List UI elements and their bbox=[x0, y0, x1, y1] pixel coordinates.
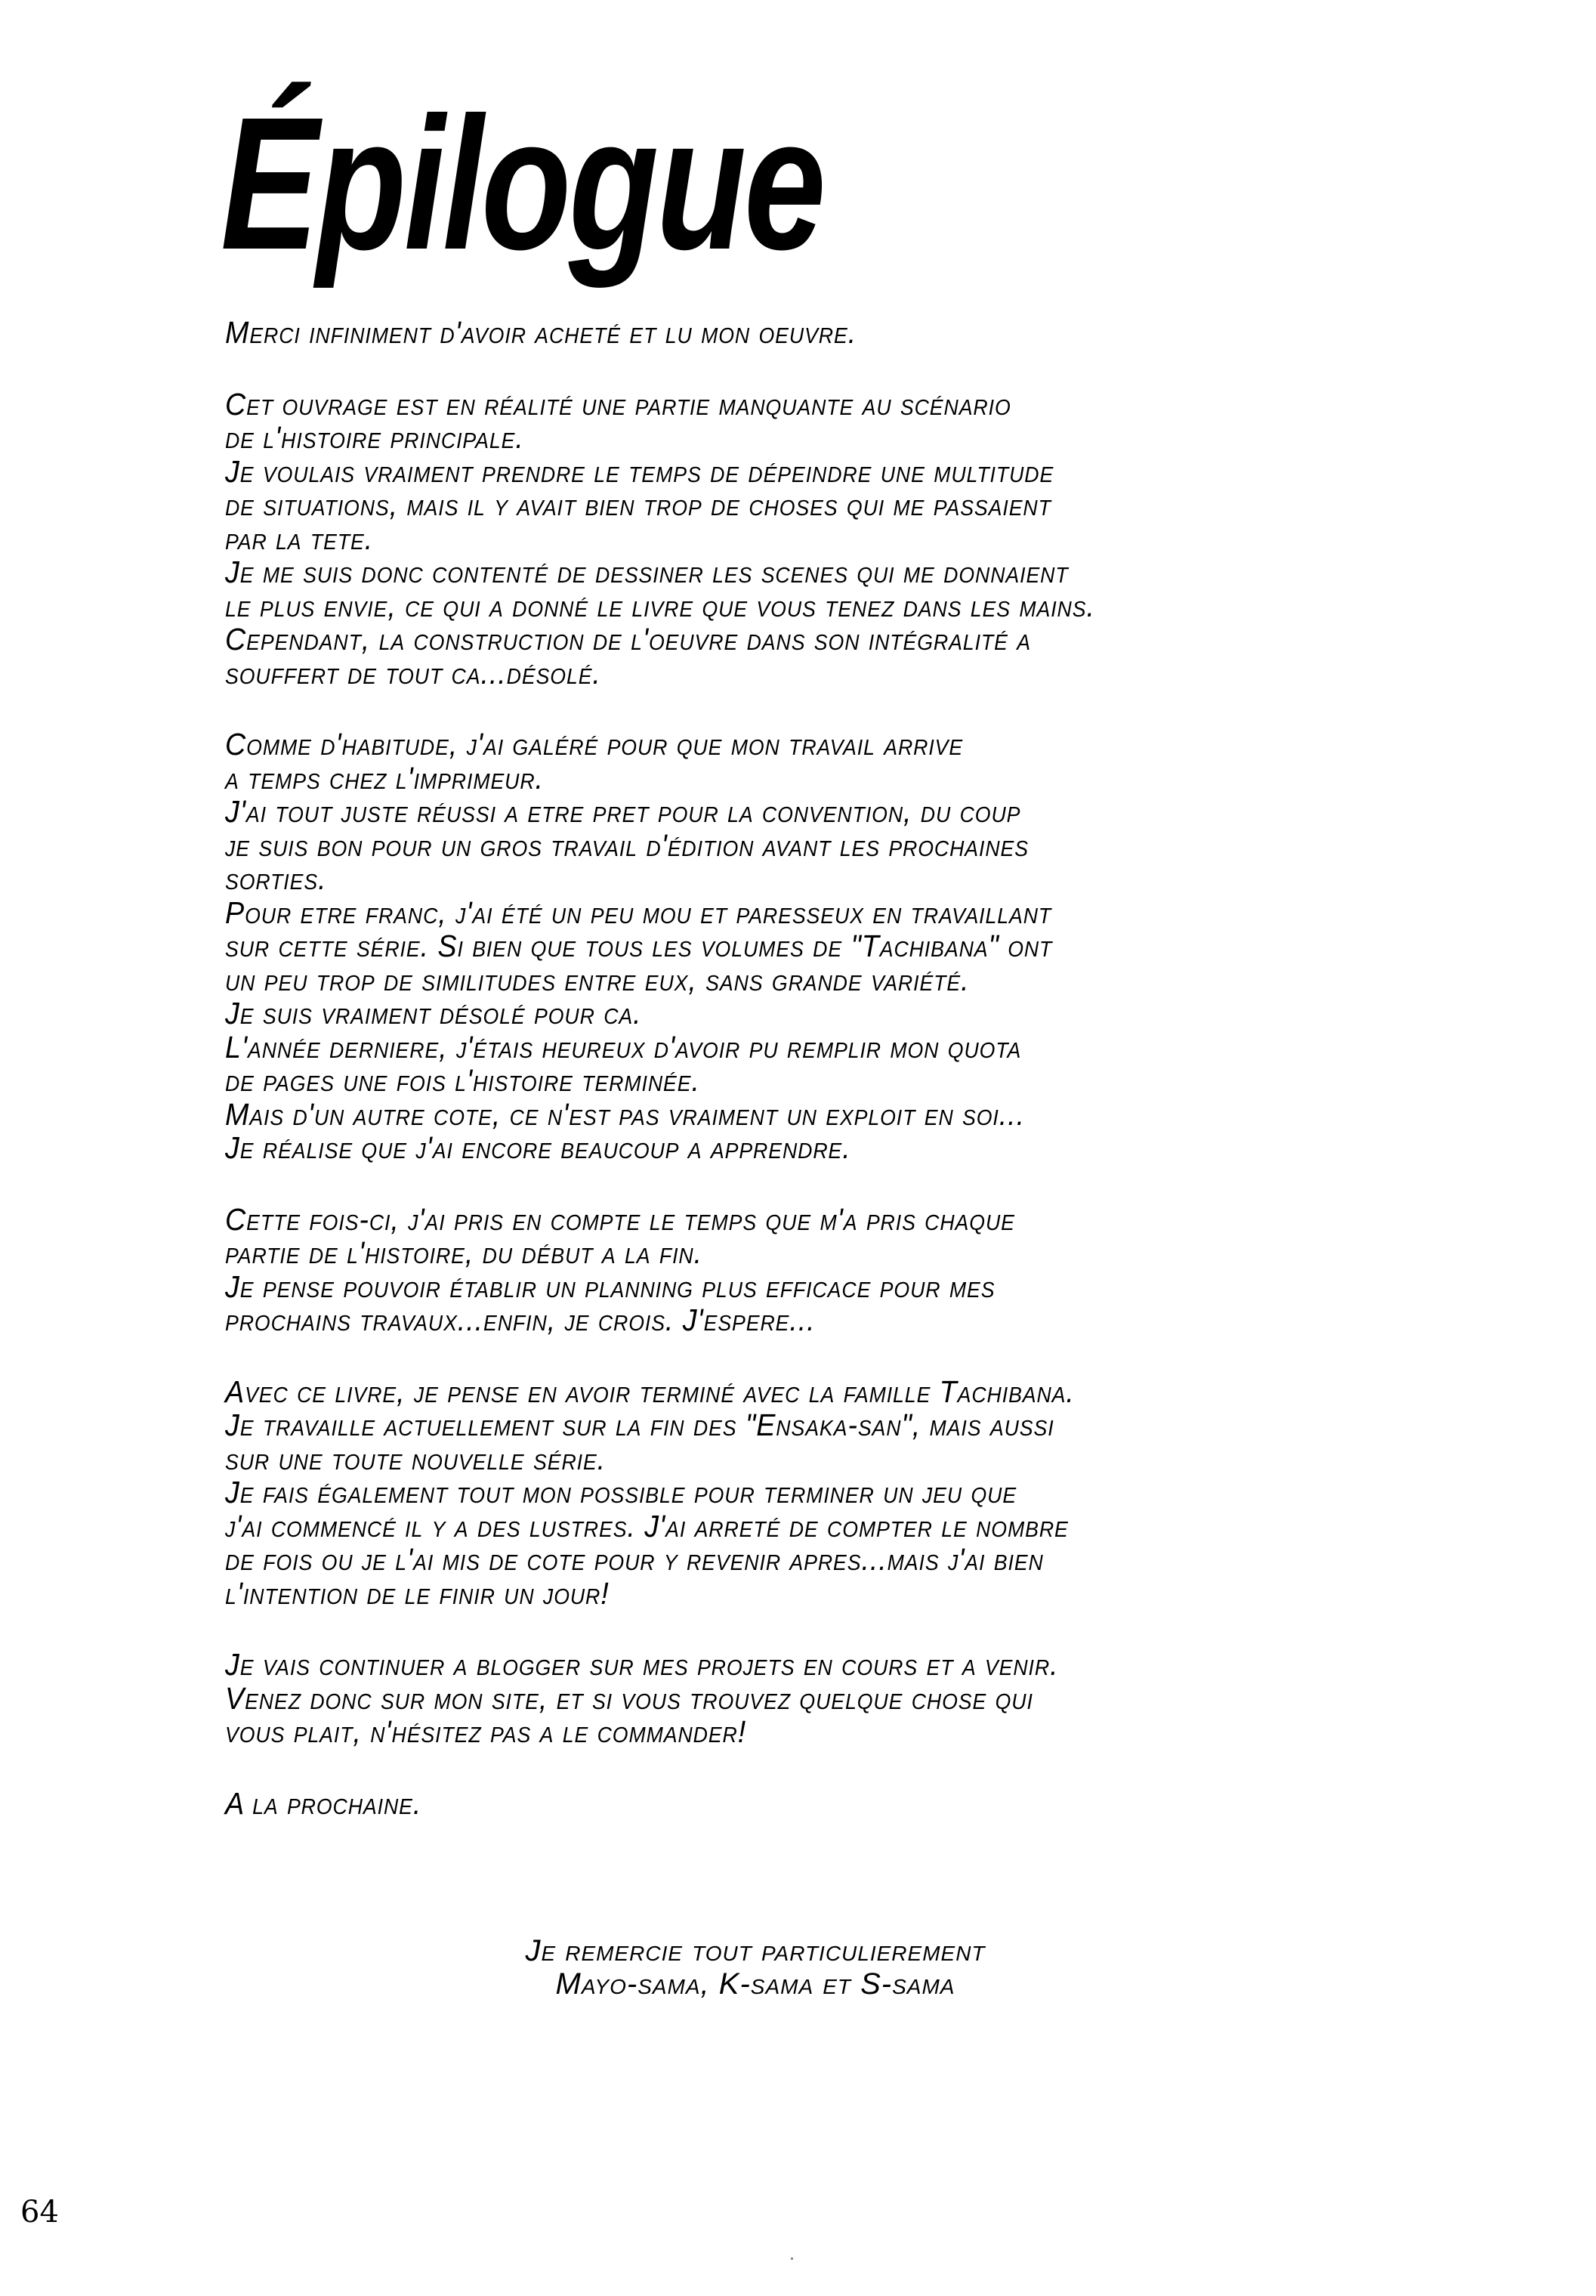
special-thanks: Je remercie tout particulierement Mayo-s… bbox=[0, 1934, 1511, 2001]
text-line: Je suis vraiment désolé pour ca. bbox=[225, 997, 1309, 1031]
text-line: Je fais également tout mon possible pour… bbox=[225, 1476, 1309, 1510]
text-line: Pour etre franc, j'ai été un peu mou et … bbox=[225, 896, 1309, 930]
paragraph-next-projects: Avec ce livre, je pense en avoir terminé… bbox=[225, 1375, 1403, 1611]
thanks-names: Mayo-sama, K-sama et S-sama bbox=[0, 1967, 1511, 2001]
text-line: L'année derniere, j'étais heureux d'avoi… bbox=[225, 1031, 1309, 1065]
text-line: Avec ce livre, je pense en avoir terminé… bbox=[225, 1375, 1309, 1409]
text-line: sur cette série. Si bien que tous les vo… bbox=[225, 929, 1309, 963]
epilogue-body: Merci infiniment d'avoir acheté et lu mo… bbox=[225, 316, 1403, 1858]
text-line: Cet ouvrage est en réalité une partie ma… bbox=[225, 388, 1309, 422]
text-line: un peu trop de similitudes entre eux, sa… bbox=[225, 963, 1309, 997]
text-line: Je réalise que j'ai encore beaucoup a ap… bbox=[225, 1131, 1309, 1165]
paragraph-thanks-reader: Merci infiniment d'avoir acheté et lu mo… bbox=[225, 316, 1403, 350]
text-line: de situations, mais il y avait bien trop… bbox=[225, 488, 1309, 522]
text-line: sorties. bbox=[225, 862, 1309, 896]
print-speck bbox=[791, 2257, 793, 2260]
text-line: A la prochaine. bbox=[225, 1787, 1309, 1821]
text-line: Je vais continuer a blogger sur mes proj… bbox=[225, 1648, 1309, 1682]
text-line: Cette fois-ci, j'ai pris en compte le te… bbox=[225, 1203, 1309, 1237]
text-line: Je pense pouvoir établir un planning plu… bbox=[225, 1270, 1309, 1304]
text-line: prochains travaux...enfin, je crois. J'e… bbox=[225, 1303, 1309, 1337]
text-line: je suis bon pour un gros travail d'éditi… bbox=[225, 829, 1309, 863]
text-line: J'ai tout juste réussi a etre pret pour … bbox=[225, 795, 1309, 829]
text-line: de pages une fois l'histoire terminée. bbox=[225, 1064, 1309, 1098]
text-line: Comme d'habitude, j'ai galéré pour que m… bbox=[225, 728, 1309, 762]
text-line: par la tete. bbox=[225, 522, 1309, 556]
text-line: Mais d'un autre cote, ce n'est pas vraim… bbox=[225, 1098, 1309, 1132]
text-line: Je me suis donc contenté de dessiner les… bbox=[225, 555, 1309, 589]
text-line: Je voulais vraiment prendre le temps de … bbox=[225, 455, 1309, 489]
text-line: Merci infiniment d'avoir acheté et lu mo… bbox=[225, 316, 1309, 350]
text-line: j'ai commencé il y a des lustres. J'ai a… bbox=[225, 1510, 1309, 1544]
paragraph-blog: Je vais continuer a blogger sur mes proj… bbox=[225, 1648, 1403, 1749]
paragraph-deadline: Comme d'habitude, j'ai galéré pour que m… bbox=[225, 728, 1403, 1165]
manga-epilogue-page: Épilogue Merci infiniment d'avoir acheté… bbox=[0, 0, 1596, 2296]
text-line: Je travaille actuellement sur la fin des… bbox=[225, 1408, 1309, 1442]
page-number: 64 bbox=[20, 2197, 59, 2227]
text-line: Cependant, la construction de l'oeuvre d… bbox=[225, 623, 1309, 657]
page-title: Épilogue bbox=[221, 89, 823, 278]
text-line: a temps chez l'imprimeur. bbox=[225, 762, 1309, 796]
paragraph-about-work: Cet ouvrage est en réalité une partie ma… bbox=[225, 388, 1403, 691]
text-line: souffert de tout ca...désolé. bbox=[225, 657, 1309, 691]
thanks-line: Je remercie tout particulierement bbox=[0, 1934, 1511, 1967]
text-line: sur une toute nouvelle série. bbox=[225, 1442, 1309, 1476]
text-line: de l'histoire principale. bbox=[225, 421, 1309, 455]
paragraph-planning: Cette fois-ci, j'ai pris en compte le te… bbox=[225, 1203, 1403, 1337]
text-line: l'intention de le finir un jour! bbox=[225, 1577, 1309, 1611]
text-line: vous plait, n'hésitez pas a le commander… bbox=[225, 1715, 1309, 1749]
text-line: Venez donc sur mon site, et si vous trou… bbox=[225, 1682, 1309, 1716]
text-line: partie de l'histoire, du début a la fin. bbox=[225, 1236, 1309, 1270]
text-line: de fois ou je l'ai mis de cote pour y re… bbox=[225, 1543, 1309, 1577]
text-line: le plus envie, ce qui a donné le livre q… bbox=[225, 589, 1309, 623]
paragraph-signoff: A la prochaine. bbox=[225, 1787, 1403, 1821]
